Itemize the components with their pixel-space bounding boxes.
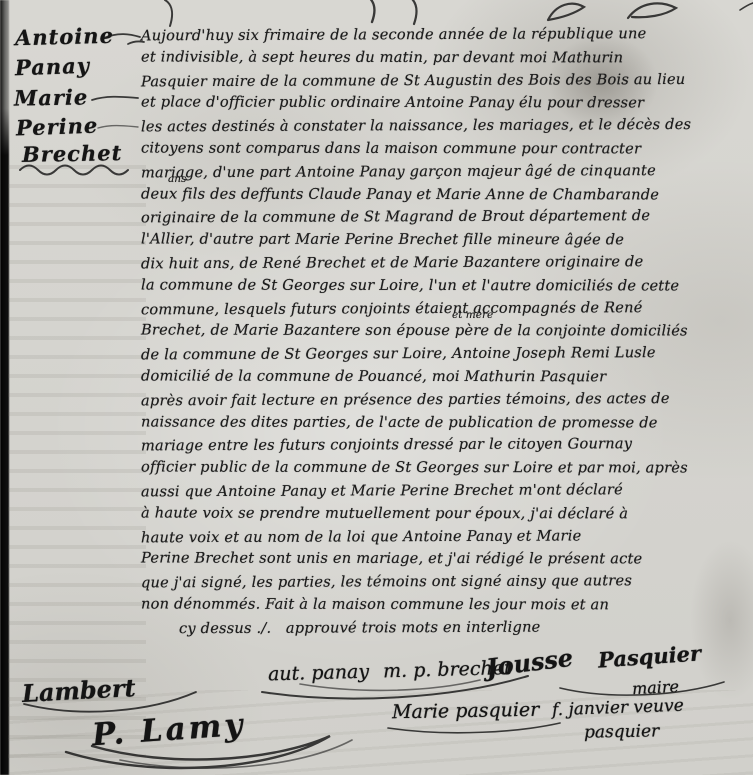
record-line: Brechet, de Marie Bazantere son épouse p… xyxy=(141,320,747,344)
record-line: l'Allier, d'autre part Marie Perine Brec… xyxy=(141,229,747,253)
record-closing-line: cy dessus ./. approuvé trois mots en int… xyxy=(141,615,747,640)
record-line: après avoir fait lecture en présence des… xyxy=(141,387,747,412)
signature-p-lamy: P. Lamy xyxy=(91,707,247,754)
interline-insertion-ans: ans xyxy=(168,173,186,185)
record-line: naissance des dites parties, de l'acte d… xyxy=(141,411,747,435)
record-line: non dénommés. Fait à la maison commune l… xyxy=(141,593,747,617)
record-line: officier public de la commune de St Geor… xyxy=(141,457,747,481)
interline-insertion-et-mere: et mère xyxy=(452,309,493,321)
record-line: originaire de la commune de St Magrand d… xyxy=(141,205,747,230)
signature-aut-panay: aut. panay xyxy=(268,661,370,686)
record-line: haute voix et au nom de la loi que Antoi… xyxy=(141,524,747,549)
record-line: commune, lesquels futurs conjoints étaie… xyxy=(141,296,747,321)
scanned-marriage-record-page: Antoine Panay Marie Perine Brechet Aujou… xyxy=(0,0,753,775)
signature-janvier-veuve: f. janvier veuve xyxy=(552,696,684,721)
record-body: Aujourd'huy six frimaire de la seconde a… xyxy=(141,24,747,640)
margin-name-panay: Panay xyxy=(15,53,91,81)
record-line: dix huit ans, de René Brechet et de Mari… xyxy=(141,251,747,276)
signature-janvier-veuve-line2: pasquier xyxy=(584,721,660,742)
record-line: deux fils des deffunts Claude Panay et M… xyxy=(141,183,747,207)
signature-pasquier-title: maire xyxy=(632,677,680,698)
record-line: et place d'officier public ordinaire Ant… xyxy=(141,92,747,116)
record-line: Aujourd'huy six frimaire de la seconde a… xyxy=(141,23,747,48)
bleed-through-lines xyxy=(8,150,146,760)
record-line: Pasquier maire de la commune de St Augus… xyxy=(141,68,747,93)
margin-name-perine: Perine xyxy=(16,113,99,141)
record-line: Perine Brechet sont unis en mariage, et … xyxy=(141,548,747,572)
record-line: mariage entre les futurs conjoints dress… xyxy=(141,433,747,458)
book-binding-edge xyxy=(0,0,9,775)
record-line: mariage, d'une part Antoine Panay garçon… xyxy=(141,159,747,184)
margin-name-brechet: Brechet xyxy=(22,140,123,167)
record-line: domicilié de la commune de Pouancé, moi … xyxy=(141,365,747,389)
margin-name-antoine: Antoine xyxy=(15,23,114,51)
record-line: les actes destinés à constater la naissa… xyxy=(141,114,747,139)
record-line: aussi que Antoine Panay et Marie Perine … xyxy=(141,479,747,504)
record-line: à haute voix se prendre mutuellement pou… xyxy=(141,502,747,526)
signature-pasquier: Pasquier xyxy=(597,640,702,672)
record-line: la commune de St Georges sur Loire, l'un… xyxy=(141,274,747,298)
record-line: et indivisible, à sept heures du matin, … xyxy=(141,46,747,70)
record-line: de la commune de St Georges sur Loire, A… xyxy=(141,342,747,367)
signature-lambert: Lambert xyxy=(21,673,136,708)
record-line: que j'ai signé, les parties, les témoins… xyxy=(141,570,747,595)
signature-marie-pasquier: Marie pasquier xyxy=(392,699,540,724)
record-line: citoyens sont comparus dans la maison co… xyxy=(141,137,747,161)
signature-jousse: Jousse xyxy=(485,643,575,682)
margin-name-marie: Marie xyxy=(14,84,89,110)
